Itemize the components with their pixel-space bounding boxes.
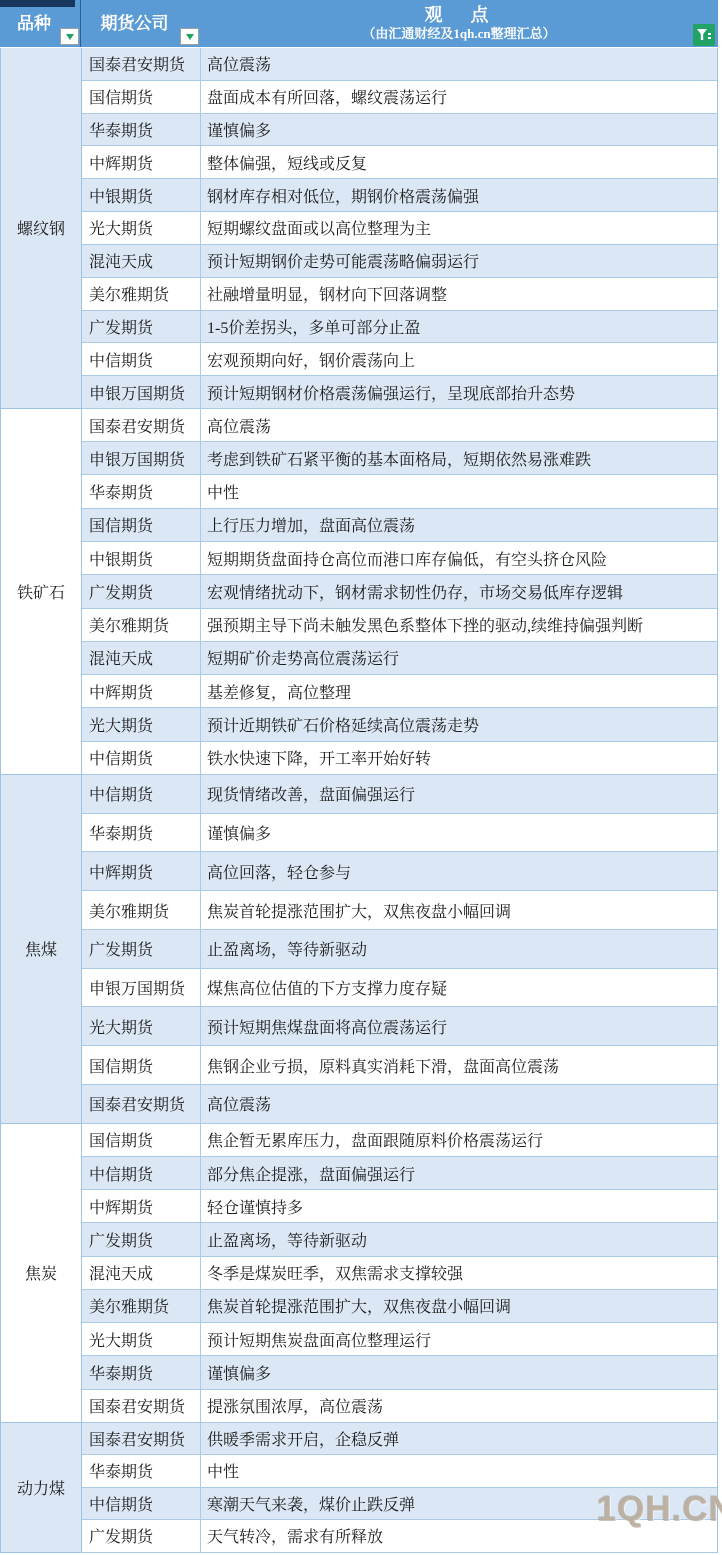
company-cell: 混沌天成 (82, 642, 201, 674)
viewpoint-cell: 寒潮天气来袭，煤价止跌反弹 (201, 1488, 717, 1520)
company-cell: 美尔雅期货 (82, 609, 201, 641)
variety-cell: 铁矿石 (1, 409, 82, 775)
variety-cell: 焦炭 (1, 1124, 82, 1423)
sheet-filter-button[interactable] (693, 24, 715, 46)
company-cell: 国泰君安期货 (82, 409, 201, 441)
table-row: 美尔雅期货强预期主导下尚未触发黑色系整体下挫的驱动,续维持偏强判断 (82, 609, 717, 642)
viewpoint-cell: 社融增量明显，钢材向下回落调整 (201, 278, 717, 310)
table-row: 国信期货上行压力增加，盘面高位震荡 (82, 509, 717, 542)
section: 螺纹钢国泰君安期货高位震荡国信期货盘面成本有所回落，螺纹震荡运行华泰期货谨慎偏多… (1, 48, 717, 409)
viewpoint-cell: 考虑到铁矿石紧平衡的基本面格局，短期依然易涨难跌 (201, 442, 717, 474)
section: 焦炭国信期货焦企暂无累库压力，盘面跟随原料价格震荡运行中信期货部分焦企提涨，盘面… (1, 1124, 717, 1423)
viewpoint-cell: 供暖季需求开启，企稳反弹 (201, 1423, 717, 1455)
viewpoint-cell: 基差修复，高位整理 (201, 675, 717, 707)
viewpoint-cell: 冬季是煤炭旺季，双焦需求支撑较强 (201, 1257, 717, 1289)
funnel-icon (696, 27, 712, 43)
table-row: 广发期货止盈离场，等待新驱动 (82, 1223, 717, 1256)
table-row: 国泰君安期货高位震荡 (82, 1085, 717, 1124)
viewpoint-cell: 止盈离场，等待新驱动 (201, 930, 717, 968)
table-row: 申银万国期货考虑到铁矿石紧平衡的基本面格局，短期依然易涨难跌 (82, 442, 717, 475)
table-row: 美尔雅期货社融增量明显，钢材向下回落调整 (82, 278, 717, 311)
viewpoint-cell: 预计近期铁矿石价格延续高位震荡走势 (201, 708, 717, 740)
company-cell: 中信期货 (82, 775, 201, 813)
section: 铁矿石国泰君安期货高位震荡申银万国期货考虑到铁矿石紧平衡的基本面格局，短期依然易… (1, 409, 717, 775)
company-header-cell: 期货公司 (81, 0, 200, 47)
table-row: 美尔雅期货焦炭首轮提涨范围扩大，双焦夜盘小幅回调 (82, 1290, 717, 1323)
table-row: 国信期货焦钢企业亏损，原料真实消耗下滑，盘面高位震荡 (82, 1046, 717, 1085)
company-cell: 光大期货 (82, 212, 201, 244)
viewpoint-cell: 预计短期钢材价格震荡偏强运行，呈现底部抬升态势 (201, 376, 717, 408)
viewpoint-cell: 高位震荡 (201, 1085, 717, 1123)
viewpoint-cell: 焦企暂无累库压力，盘面跟随原料价格震荡运行 (201, 1124, 717, 1156)
table-row: 广发期货1-5价差拐头，多单可部分止盈 (82, 311, 717, 344)
viewpoint-cell: 整体偏强，短线或反复 (201, 146, 717, 178)
variety-cell: 动力煤 (1, 1423, 82, 1553)
section-rows: 国泰君安期货供暖季需求开启，企稳反弹华泰期货中性中信期货寒潮天气来袭，煤价止跌反… (82, 1423, 717, 1553)
table-row: 广发期货天气转冷，需求有所释放 (82, 1520, 717, 1553)
viewpoint-cell: 1-5价差拐头，多单可部分止盈 (201, 311, 717, 343)
viewpoint-cell: 谨慎偏多 (201, 114, 717, 146)
company-cell: 中信期货 (82, 1157, 201, 1189)
company-cell: 混沌天成 (82, 1257, 201, 1289)
company-cell: 美尔雅期货 (82, 1290, 201, 1322)
section-rows: 国泰君安期货高位震荡申银万国期货考虑到铁矿石紧平衡的基本面格局，短期依然易涨难跌… (82, 409, 717, 775)
corner-accent-bar (0, 0, 75, 7)
table-row: 美尔雅期货焦炭首轮提涨范围扩大，双焦夜盘小幅回调 (82, 891, 717, 930)
company-cell: 中辉期货 (82, 146, 201, 178)
viewpoint-cell: 轻仓谨慎持多 (201, 1190, 717, 1222)
section-rows: 国信期货焦企暂无累库压力，盘面跟随原料价格震荡运行中信期货部分焦企提涨，盘面偏强… (82, 1124, 717, 1423)
company-cell: 广发期货 (82, 575, 201, 607)
table-row: 国泰君安期货高位震荡 (82, 48, 717, 81)
viewpoint-cell: 高位回落，轻仓参与 (201, 852, 717, 890)
variety-cell: 螺纹钢 (1, 48, 82, 409)
company-cell: 光大期货 (82, 1007, 201, 1045)
viewpoint-cell: 短期矿价走势高位震荡运行 (201, 642, 717, 674)
table-row: 中银期货钢材库存相对低位，期钢价格震荡偏强 (82, 179, 717, 212)
table-row: 中信期货宏观预期向好，钢价震荡向上 (82, 343, 717, 376)
section-rows: 国泰君安期货高位震荡国信期货盘面成本有所回落，螺纹震荡运行华泰期货谨慎偏多中辉期… (82, 48, 717, 409)
spreadsheet: 品种 期货公司 观 点 （由汇通财经及1qh.cn整理汇总） 螺纹钢国 (0, 0, 722, 1555)
table-row: 华泰期货谨慎偏多 (82, 114, 717, 147)
table-row: 申银万国期货预计短期钢材价格震荡偏强运行，呈现底部抬升态势 (82, 376, 717, 409)
viewpoint-cell: 中性 (201, 1455, 717, 1487)
table-row: 中辉期货轻仓谨慎持多 (82, 1190, 717, 1223)
table-row: 国信期货盘面成本有所回落，螺纹震荡运行 (82, 81, 717, 114)
company-cell: 中信期货 (82, 1488, 201, 1520)
company-filter-button[interactable] (180, 28, 199, 45)
company-cell: 光大期货 (82, 708, 201, 740)
company-cell: 申银万国期货 (82, 376, 201, 408)
viewpoint-cell: 焦炭首轮提涨范围扩大，双焦夜盘小幅回调 (201, 891, 717, 929)
section: 动力煤国泰君安期货供暖季需求开启，企稳反弹华泰期货中性中信期货寒潮天气来袭，煤价… (1, 1423, 717, 1553)
table-row: 华泰期货谨慎偏多 (82, 814, 717, 853)
company-cell: 中辉期货 (82, 1190, 201, 1222)
company-cell: 华泰期货 (82, 475, 201, 507)
table-row: 广发期货宏观情绪扰动下，钢材需求韧性仍存，市场交易低库存逻辑 (82, 575, 717, 608)
table-row: 混沌天成预计短期钢价走势可能震荡略偏弱运行 (82, 245, 717, 278)
table-row: 中信期货铁水快速下降，开工率开始好转 (82, 742, 717, 775)
table-row: 国泰君安期货提涨氛围浓厚，高位震荡 (82, 1390, 717, 1423)
viewpoint-cell: 煤焦高位估值的下方支撑力度存疑 (201, 969, 717, 1007)
table-row: 广发期货止盈离场，等待新驱动 (82, 930, 717, 969)
table-row: 国信期货焦企暂无累库压力，盘面跟随原料价格震荡运行 (82, 1124, 717, 1157)
viewpoint-cell: 短期螺纹盘面或以高位整理为主 (201, 212, 717, 244)
company-cell: 国信期货 (82, 1046, 201, 1084)
company-cell: 国信期货 (82, 1124, 201, 1156)
table-row: 光大期货短期螺纹盘面或以高位整理为主 (82, 212, 717, 245)
company-cell: 广发期货 (82, 1223, 201, 1255)
table-row: 中信期货部分焦企提涨，盘面偏强运行 (82, 1157, 717, 1190)
table-row: 混沌天成冬季是煤炭旺季，双焦需求支撑较强 (82, 1257, 717, 1290)
viewpoint-cell: 现货情绪改善，盘面偏强运行 (201, 775, 717, 813)
company-cell: 光大期货 (82, 1323, 201, 1355)
viewpoint-cell: 强预期主导下尚未触发黑色系整体下挫的驱动,续维持偏强判断 (201, 609, 717, 641)
viewpoint-cell: 宏观情绪扰动下，钢材需求韧性仍存，市场交易低库存逻辑 (201, 575, 717, 607)
table-row: 华泰期货谨慎偏多 (82, 1356, 717, 1389)
company-header-label: 期货公司 (101, 9, 169, 34)
table-row: 光大期货预计短期焦炭盘面高位整理运行 (82, 1323, 717, 1356)
variety-filter-button[interactable] (60, 28, 79, 45)
table-row: 中信期货寒潮天气来袭，煤价止跌反弹 (82, 1488, 717, 1521)
section-rows: 中信期货现货情绪改善，盘面偏强运行华泰期货谨慎偏多中辉期货高位回落，轻仓参与美尔… (82, 775, 717, 1124)
table-row: 混沌天成短期矿价走势高位震荡运行 (82, 642, 717, 675)
variety-header-cell: 品种 (0, 0, 81, 47)
viewpoint-cell: 部分焦企提涨，盘面偏强运行 (201, 1157, 717, 1189)
table-body: 螺纹钢国泰君安期货高位震荡国信期货盘面成本有所回落，螺纹震荡运行华泰期货谨慎偏多… (0, 48, 718, 1553)
viewpoint-cell: 短期期货盘面持仓高位而港口库存偏低，有空头挤仓风险 (201, 542, 717, 574)
viewpoint-cell: 焦钢企业亏损，原料真实消耗下滑，盘面高位震荡 (201, 1046, 717, 1084)
company-cell: 国泰君安期货 (82, 1085, 201, 1123)
company-cell: 申银万国期货 (82, 442, 201, 474)
viewpoint-cell: 钢材库存相对低位，期钢价格震荡偏强 (201, 179, 717, 211)
table-row: 中辉期货基差修复，高位整理 (82, 675, 717, 708)
company-cell: 中信期货 (82, 343, 201, 375)
company-cell: 华泰期货 (82, 1356, 201, 1388)
viewpoint-cell: 天气转冷，需求有所释放 (201, 1520, 717, 1552)
viewpoint-cell: 盘面成本有所回落，螺纹震荡运行 (201, 81, 717, 113)
viewpoint-cell: 宏观预期向好，钢价震荡向上 (201, 343, 717, 375)
viewpoint-cell: 预计短期钢价走势可能震荡略偏弱运行 (201, 245, 717, 277)
company-cell: 国泰君安期货 (82, 48, 201, 80)
dropdown-arrow-icon (186, 34, 194, 40)
table-row: 国泰君安期货供暖季需求开启，企稳反弹 (82, 1423, 717, 1456)
viewpoint-cell: 高位震荡 (201, 409, 717, 441)
table-row: 申银万国期货煤焦高位估值的下方支撑力度存疑 (82, 969, 717, 1008)
company-cell: 美尔雅期货 (82, 278, 201, 310)
viewpoint-cell: 预计短期焦煤盘面将高位震荡运行 (201, 1007, 717, 1045)
viewpoint-cell: 高位震荡 (201, 48, 717, 80)
viewpoint-cell: 止盈离场，等待新驱动 (201, 1223, 717, 1255)
company-cell: 中辉期货 (82, 852, 201, 890)
viewpoint-cell: 焦炭首轮提涨范围扩大，双焦夜盘小幅回调 (201, 1290, 717, 1322)
table-row: 光大期货预计近期铁矿石价格延续高位震荡走势 (82, 708, 717, 741)
company-cell: 申银万国期货 (82, 969, 201, 1007)
company-cell: 国信期货 (82, 509, 201, 541)
company-cell: 美尔雅期货 (82, 891, 201, 929)
table-row: 国泰君安期货高位震荡 (82, 409, 717, 442)
viewpoint-subtitle: （由汇通财经及1qh.cn整理汇总） (362, 27, 555, 42)
table-row: 光大期货预计短期焦煤盘面将高位震荡运行 (82, 1007, 717, 1046)
viewpoint-cell: 铁水快速下降，开工率开始好转 (201, 742, 717, 774)
viewpoint-header-cell: 观 点 （由汇通财经及1qh.cn整理汇总） (200, 0, 718, 47)
viewpoint-cell: 中性 (201, 475, 717, 507)
company-cell: 中辉期货 (82, 675, 201, 707)
company-cell: 广发期货 (82, 930, 201, 968)
company-cell: 华泰期货 (82, 1455, 201, 1487)
company-cell: 国泰君安期货 (82, 1390, 201, 1422)
viewpoint-cell: 谨慎偏多 (201, 1356, 717, 1388)
company-cell: 广发期货 (82, 1520, 201, 1552)
table-row: 中辉期货高位回落，轻仓参与 (82, 852, 717, 891)
company-cell: 华泰期货 (82, 814, 201, 852)
company-cell: 广发期货 (82, 311, 201, 343)
table-row: 华泰期货中性 (82, 1455, 717, 1488)
table-row: 中信期货现货情绪改善，盘面偏强运行 (82, 775, 717, 814)
table-row: 中银期货短期期货盘面持仓高位而港口库存偏低，有空头挤仓风险 (82, 542, 717, 575)
company-cell: 中银期货 (82, 542, 201, 574)
header-row: 品种 期货公司 观 点 （由汇通财经及1qh.cn整理汇总） (0, 0, 718, 48)
table-row: 中辉期货整体偏强，短线或反复 (82, 146, 717, 179)
viewpoint-cell: 提涨氛围浓厚，高位震荡 (201, 1390, 717, 1422)
section: 焦煤中信期货现货情绪改善，盘面偏强运行华泰期货谨慎偏多中辉期货高位回落，轻仓参与… (1, 775, 717, 1124)
viewpoint-cell: 预计短期焦炭盘面高位整理运行 (201, 1323, 717, 1355)
variety-header-label: 品种 (17, 9, 51, 34)
variety-cell: 焦煤 (1, 775, 82, 1124)
company-cell: 混沌天成 (82, 245, 201, 277)
table-row: 华泰期货中性 (82, 475, 717, 508)
dropdown-arrow-icon (66, 34, 74, 40)
company-cell: 华泰期货 (82, 114, 201, 146)
company-cell: 国泰君安期货 (82, 1423, 201, 1455)
company-cell: 中信期货 (82, 742, 201, 774)
company-cell: 国信期货 (82, 81, 201, 113)
viewpoint-cell: 上行压力增加，盘面高位震荡 (201, 509, 717, 541)
viewpoint-cell: 谨慎偏多 (201, 814, 717, 852)
viewpoint-title: 观 点 (425, 5, 494, 26)
company-cell: 中银期货 (82, 179, 201, 211)
